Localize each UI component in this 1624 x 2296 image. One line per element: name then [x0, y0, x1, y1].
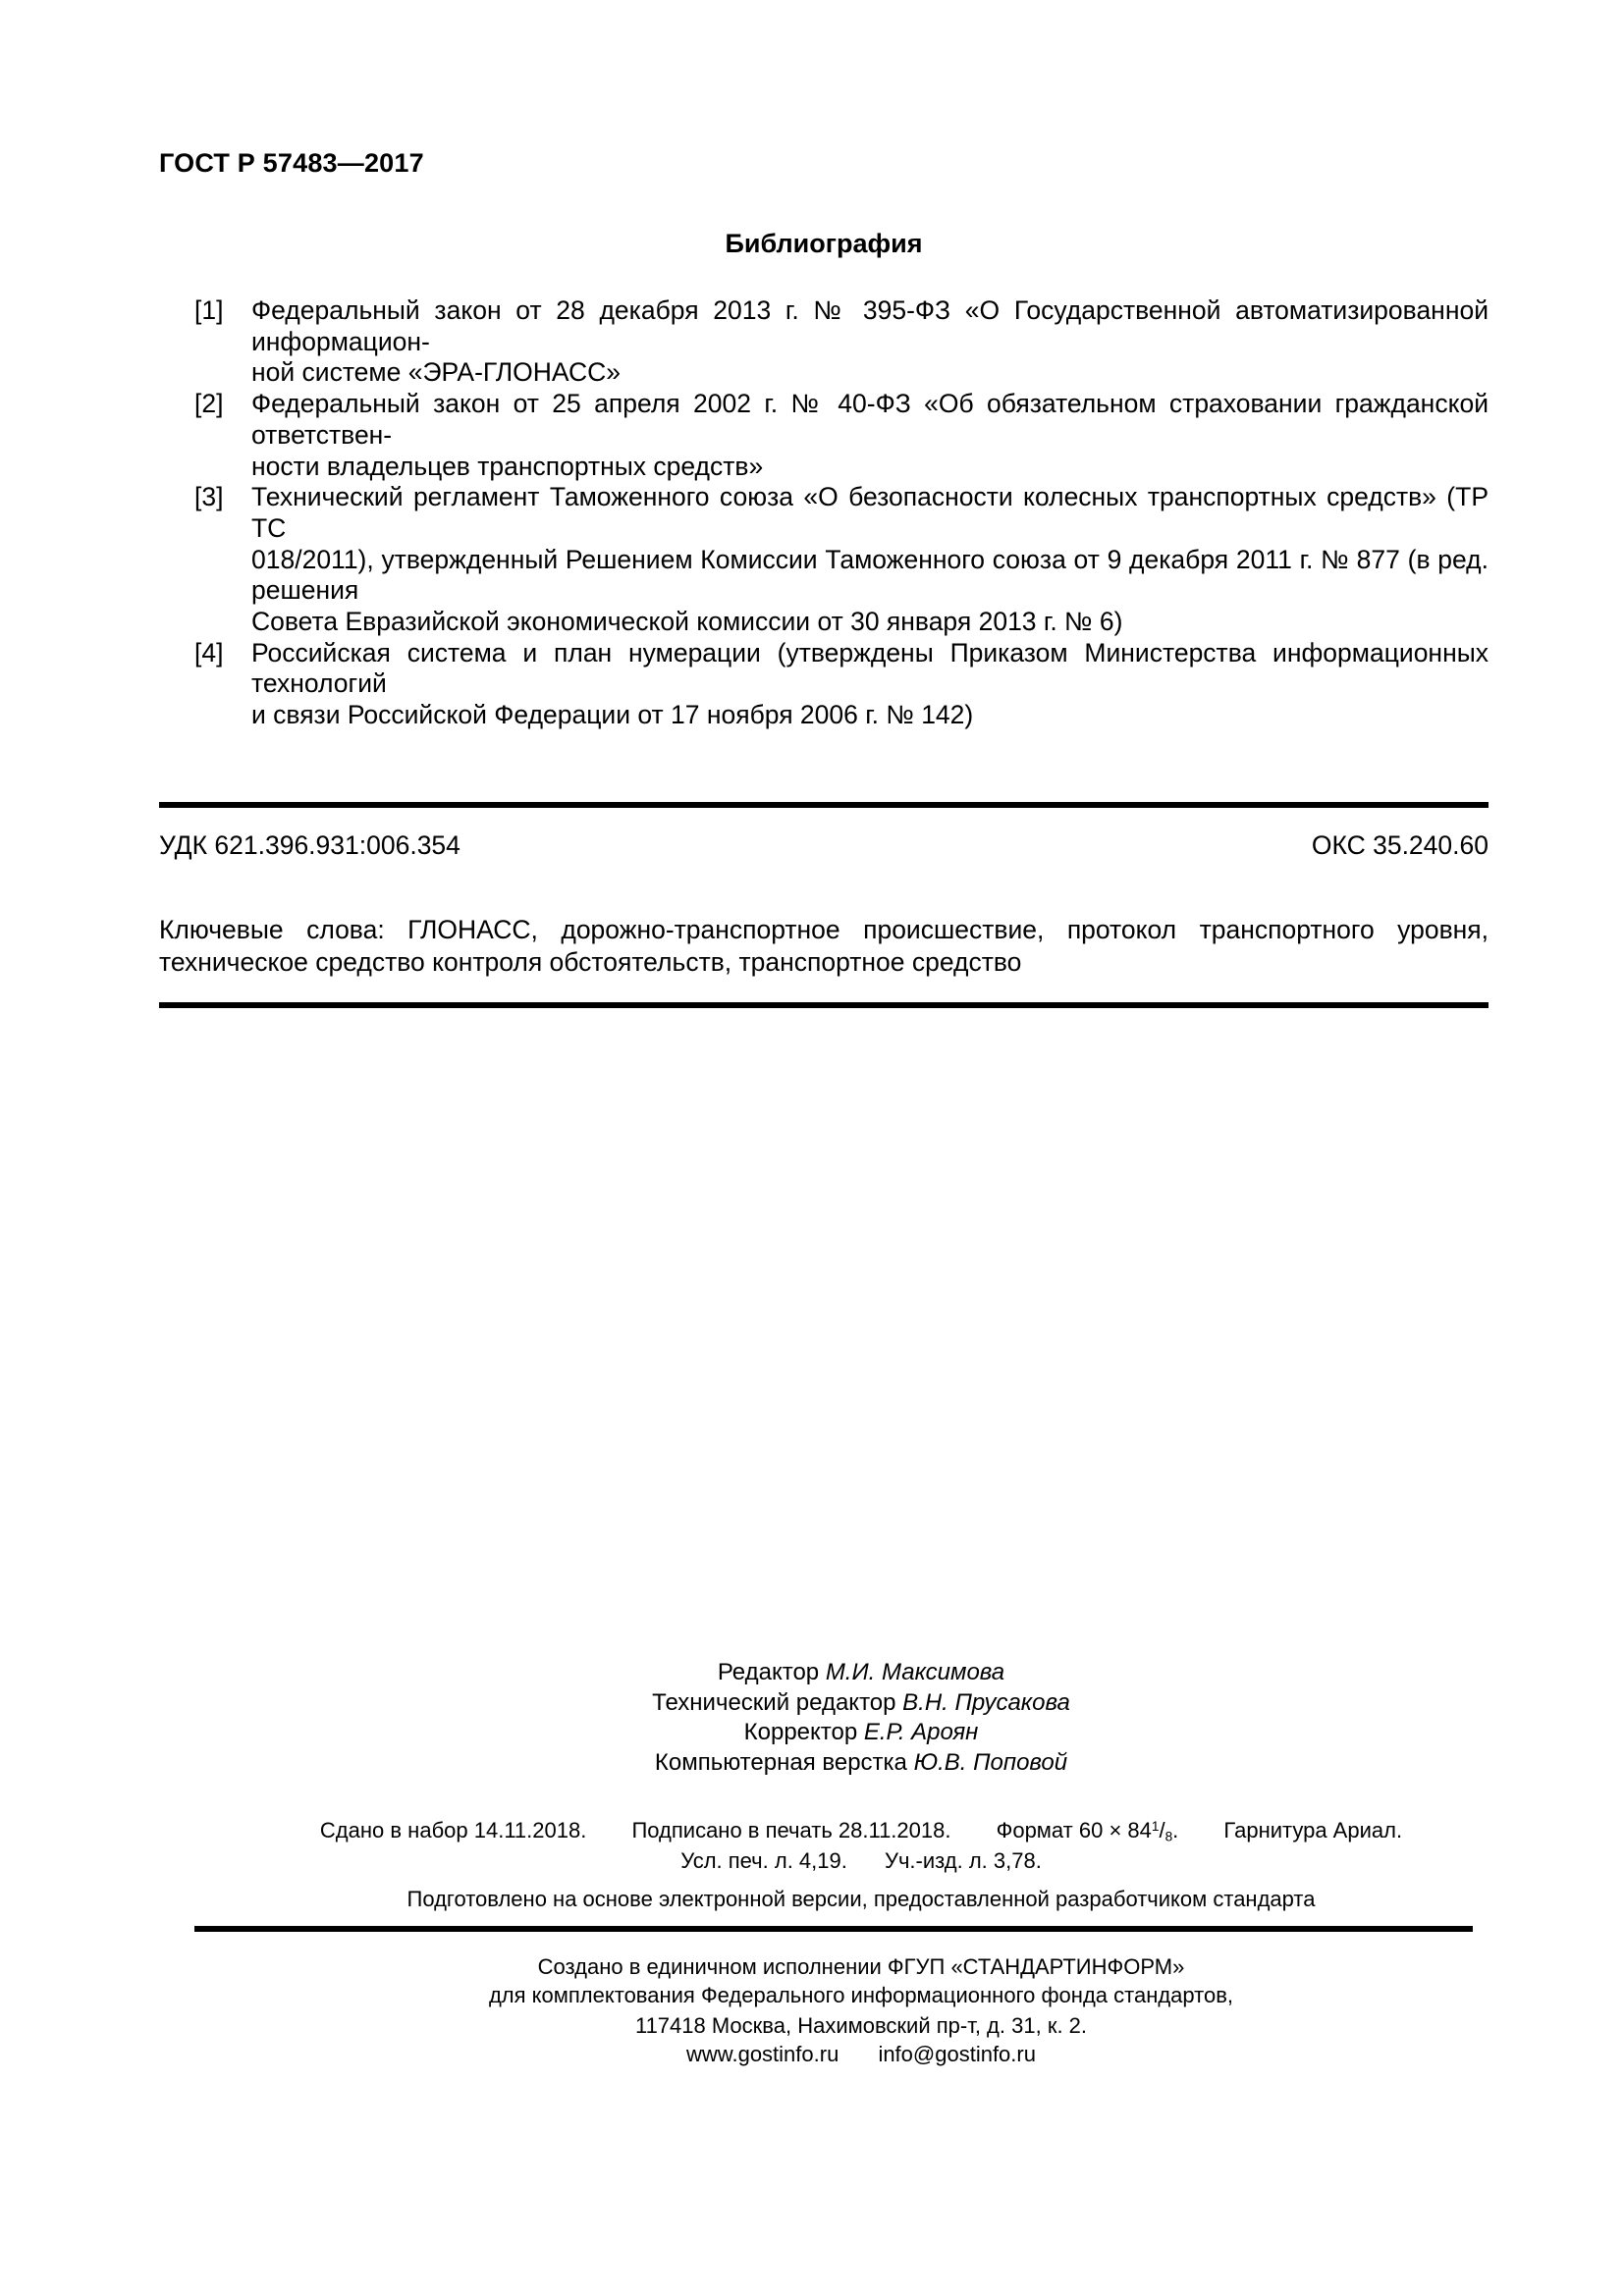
- bibliography-item-number: [2]: [159, 389, 251, 482]
- publisher-purpose-line: для комплектования Федерального информац…: [88, 1983, 1624, 2008]
- publisher-website: www.gostinfo.ru: [686, 2042, 839, 2067]
- credit-line: Компьютерная верстка Ю.В. Поповой: [88, 1748, 1624, 1779]
- bibliography-item-text: Технический регламент Таможенного союза …: [251, 482, 1489, 638]
- codes-row: УДК 621.396.931:006.354 ОКС 35.240.60: [159, 830, 1489, 861]
- credit-line: Корректор Е.Р. Ароян: [88, 1718, 1624, 1748]
- credit-name: Ю.В. Поповой: [914, 1749, 1068, 1776]
- bibliography-line: Совета Евразийской экономической комисси…: [251, 607, 1489, 638]
- keywords-line: Ключевые слова: ГЛОНАСС, дорожно-транспо…: [159, 914, 1489, 946]
- bibliography-item: [4] Российская система и план нумерации …: [159, 638, 1489, 731]
- imprint-published-sheets: Уч.-изд. л. 3,78.: [885, 1848, 1042, 1874]
- bibliography-line: ной системе «ЭРА-ГЛОНАСС»: [251, 357, 1489, 389]
- udk-code: УДК 621.396.931:006.354: [159, 830, 460, 861]
- credit-name: Е.Р. Ароян: [864, 1719, 978, 1745]
- credit-role: Компьютерная верстка: [655, 1749, 907, 1776]
- bibliography-item-text: Российская система и план нумерации (утв…: [251, 638, 1489, 731]
- bibliography-line: и связи Российской Федерации от 17 ноябр…: [251, 700, 1489, 731]
- oks-code: ОКС 35.240.60: [1312, 830, 1489, 861]
- bibliography-item-text: Федеральный закон от 28 декабря 2013 г. …: [251, 295, 1489, 389]
- bibliography-item: [3] Технический регламент Таможенного со…: [159, 482, 1489, 638]
- publisher-address-line: 117418 Москва, Нахимовский пр-т, д. 31, …: [88, 2013, 1624, 2039]
- publisher-created-line: Создано в единичном исполнении ФГУП «СТА…: [88, 1954, 1624, 1980]
- credit-role: Редактор: [718, 1659, 819, 1685]
- prepared-note: Подготовлено на основе электронной верси…: [88, 1887, 1624, 1912]
- horizontal-rule: [159, 802, 1489, 808]
- imprint-typeface: Гарнитура Ариал.: [1223, 1818, 1402, 1843]
- format-prefix: Формат 60 × 84: [997, 1818, 1152, 1842]
- bibliography-line: Российская система и план нумерации (утв…: [251, 638, 1489, 700]
- horizontal-rule: [194, 1926, 1473, 1932]
- bibliography-item-number: [1]: [159, 295, 251, 389]
- bibliography-item: [2] Федеральный закон от 25 апреля 2002 …: [159, 389, 1489, 482]
- keywords-paragraph: Ключевые слова: ГЛОНАСС, дорожно-транспо…: [159, 914, 1489, 979]
- bibliography-line: Федеральный закон от 28 декабря 2013 г. …: [251, 295, 1489, 357]
- imprint-signed-to-print: Подписано в печать 28.11.2018.: [631, 1818, 950, 1843]
- format-suffix: .: [1172, 1818, 1178, 1842]
- bibliography-line: Технический регламент Таможенного союза …: [251, 482, 1489, 544]
- publisher-email: info@gostinfo.ru: [878, 2042, 1036, 2067]
- bibliography-list: [1] Федеральный закон от 28 декабря 2013…: [159, 295, 1489, 731]
- bibliography-item-text: Федеральный закон от 25 апреля 2002 г. №…: [251, 389, 1489, 482]
- imprint-printed-sheets: Усл. печ. л. 4,19.: [680, 1848, 847, 1874]
- bibliography-title: Библиография: [159, 229, 1489, 259]
- bibliography-line: 018/2011), утвержденный Решением Комисси…: [251, 545, 1489, 607]
- credit-role: Технический редактор: [652, 1689, 895, 1716]
- horizontal-rule: [159, 1002, 1489, 1008]
- doc-code: ГОСТ Р 57483—2017: [159, 148, 424, 179]
- credit-line: Технический редактор В.Н. Прусакова: [88, 1688, 1624, 1719]
- document-page: ГОСТ Р 57483—2017 Библиография [1] Федер…: [0, 0, 1624, 2296]
- credit-role: Корректор: [744, 1719, 858, 1745]
- credit-line: Редактор М.И. Максимова: [88, 1658, 1624, 1688]
- publisher-contacts-line: www.gostinfo.ru info@gostinfo.ru: [88, 2042, 1624, 2067]
- credit-name: М.И. Максимова: [826, 1659, 1004, 1685]
- bibliography-item-number: [3]: [159, 482, 251, 638]
- imprint-line-2: Усл. печ. л. 4,19. Уч.-изд. л. 3,78.: [88, 1848, 1624, 1874]
- bibliography-line: ности владельцев транспортных средств»: [251, 452, 1489, 483]
- imprint-sent-to-set: Сдано в набор 14.11.2018.: [320, 1818, 586, 1843]
- bibliography-line: Федеральный закон от 25 апреля 2002 г. №…: [251, 389, 1489, 451]
- credits-block: Редактор М.И. Максимова Технический реда…: [88, 1658, 1624, 1778]
- bibliography-item: [1] Федеральный закон от 28 декабря 2013…: [159, 295, 1489, 389]
- imprint-format: Формат 60 × 841/8.: [997, 1818, 1179, 1843]
- imprint-line-1: Сдано в набор 14.11.2018. Подписано в пе…: [88, 1818, 1624, 1843]
- credit-name: В.Н. Прусакова: [902, 1689, 1070, 1716]
- keywords-line: техническое средство контроля обстоятель…: [159, 946, 1489, 979]
- bibliography-item-number: [4]: [159, 638, 251, 731]
